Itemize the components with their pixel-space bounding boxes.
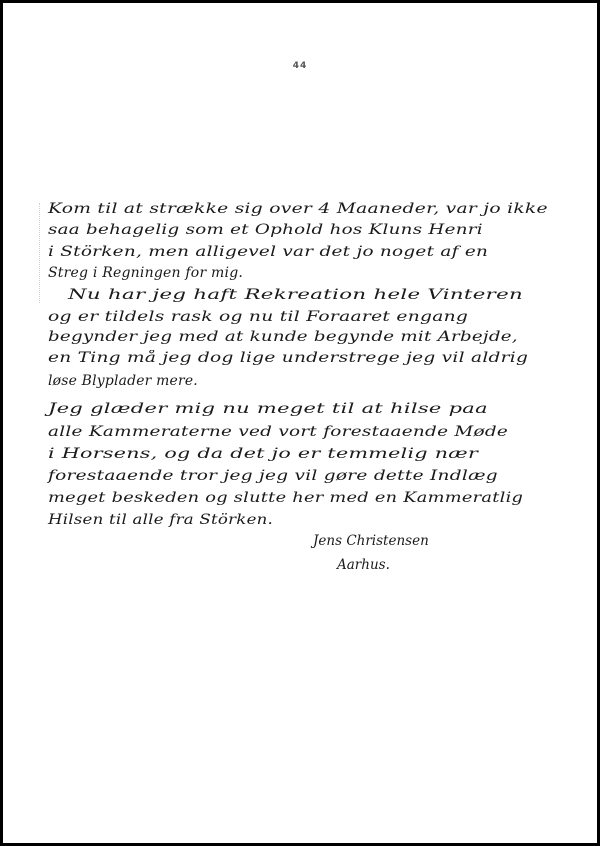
text-line: Jeg glæder mig nu meget til at hilse paa bbox=[48, 401, 488, 417]
text-line: begynder jeg med at kunde begynde mit Ar… bbox=[48, 329, 518, 345]
text-line: Hilsen til alle fra Störken. bbox=[48, 512, 273, 528]
page-number: 44 bbox=[3, 61, 597, 71]
text-line: forestaaende tror jeg jeg vil gøre dette… bbox=[48, 468, 498, 484]
text-line: meget beskeden og slutte her med en Kamm… bbox=[48, 490, 523, 506]
text-line: Kom til at strække sig over 4 Maaneder, … bbox=[48, 201, 548, 217]
text-line: løse Blyplader mere. bbox=[48, 373, 198, 389]
text-line: i Horsens, og da det jo er temmelig nær bbox=[48, 446, 478, 462]
scan-margin-artifact bbox=[39, 203, 41, 303]
text-line: og er tildels rask og nu til Foraaret en… bbox=[48, 309, 468, 325]
signature-name: Jens Christensen bbox=[313, 533, 429, 549]
text-line: saa behagelig som et Ophold hos Kluns He… bbox=[48, 222, 483, 238]
text-line: Nu har jeg haft Rekreation hele Vinteren bbox=[68, 287, 523, 303]
text-line: i Störken, men alligevel var det jo noge… bbox=[48, 244, 488, 260]
text-line: Streg i Regningen for mig. bbox=[48, 265, 243, 281]
document-page: 44 Kom til at strække sig over 4 Maanede… bbox=[3, 3, 597, 843]
text-line: en Ting må jeg dog lige understrege jeg … bbox=[48, 350, 528, 366]
text-line: alle Kammeraterne ved vort forestaaende … bbox=[48, 424, 508, 440]
signature-place: Aarhus. bbox=[337, 557, 390, 573]
